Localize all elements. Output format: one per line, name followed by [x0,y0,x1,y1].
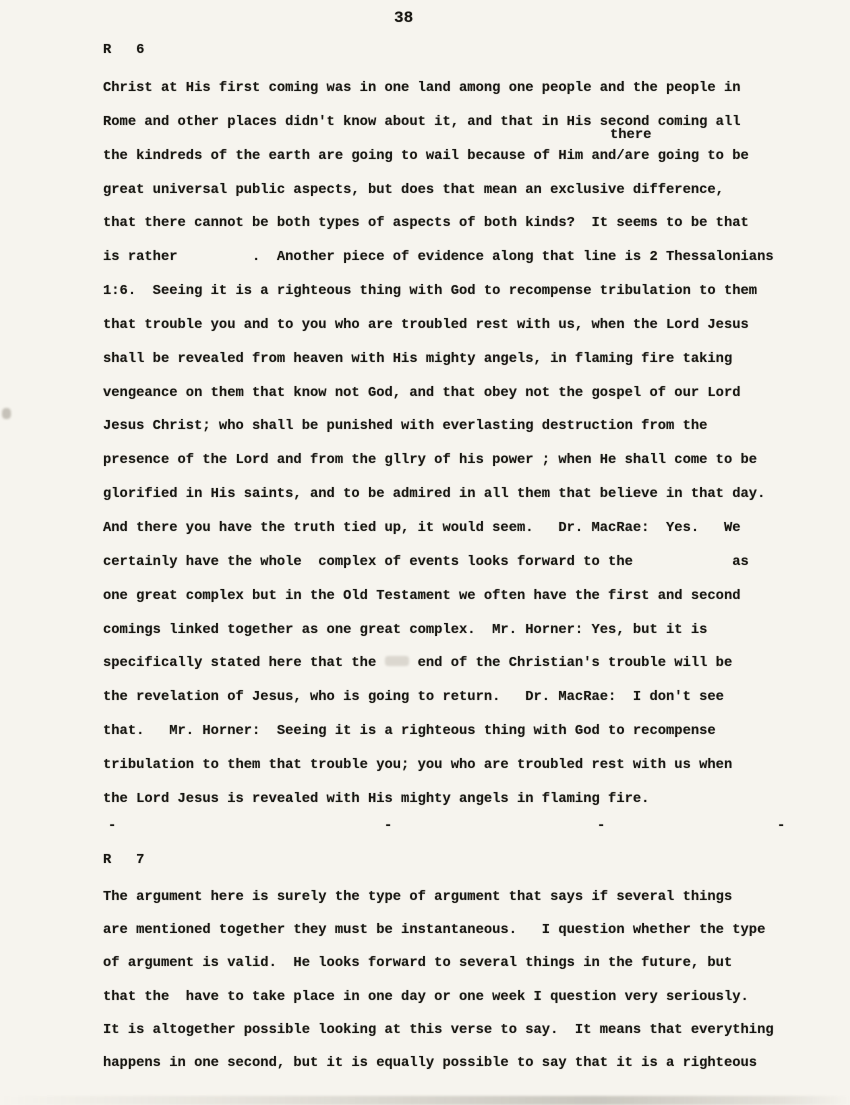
text-line: great universal public aspects, but does… [103,174,774,208]
page-number: 38 [394,6,413,30]
text-line: Rome and other places didn't know about … [103,106,774,140]
section-body-r7: The argument here is surely the type of … [103,881,774,1080]
text-line: are mentioned together they must be inst… [103,914,774,947]
text-line: presence of the Lord and from the gllry … [103,444,774,478]
text-line: And there you have the truth tied up, it… [103,512,774,546]
text-line: that the have to take place in one day o… [103,981,774,1014]
text-line: that trouble you and to you who are trou… [103,309,774,343]
text-line: glorified in His saints, and to be admir… [103,478,774,512]
separator-dash: - [384,812,392,842]
typewritten-document-page: 38 R 6 there Christ at His first coming … [0,0,850,1105]
section-heading-r7: R 7 [103,851,144,871]
text-line: shall be revealed from heaven with His m… [103,343,774,377]
text-line: certainly have the whole complex of even… [103,546,774,580]
text-line: specifically stated here that the end of… [103,647,774,681]
text-line: Jesus Christ; who shall be punished with… [103,410,774,444]
text-line: of argument is valid. He looks forward t… [103,947,774,980]
text-line: the kindreds of the earth are going to w… [103,140,774,174]
text-line: that. Mr. Horner: Seeing it is a righteo… [103,715,774,749]
text-line: that there cannot be both types of aspec… [103,207,774,241]
text-line: 1:6. Seeing it is a righteous thing with… [103,275,774,309]
text-line: It is altogether possible looking at thi… [103,1014,774,1047]
dash-separator-row: ---- [103,812,803,842]
separator-dash: - [597,812,605,842]
text-line: The argument here is surely the type of … [103,881,774,914]
text-line: comings linked together as one great com… [103,614,774,648]
text-line: vengeance on them that know not God, and… [103,377,774,411]
text-line: the revelation of Jesus, who is going to… [103,681,774,715]
text-line: Christ at His first coming was in one la… [103,72,774,106]
separator-dash: - [108,812,116,842]
section-heading-r6: R 6 [103,41,144,61]
text-line: tribulation to them that trouble you; yo… [103,749,774,783]
section-body-r6: Christ at His first coming was in one la… [103,72,774,817]
scan-artifact-edge-dot [2,408,11,419]
separator-dash: - [777,812,785,842]
text-line: one great complex but in the Old Testame… [103,580,774,614]
scan-artifact-bottom-band [0,1096,850,1105]
text-line: happens in one second, but it is equally… [103,1047,774,1080]
erased-text-smudge [385,656,409,666]
text-line: is rather . Another piece of evidence al… [103,241,774,275]
